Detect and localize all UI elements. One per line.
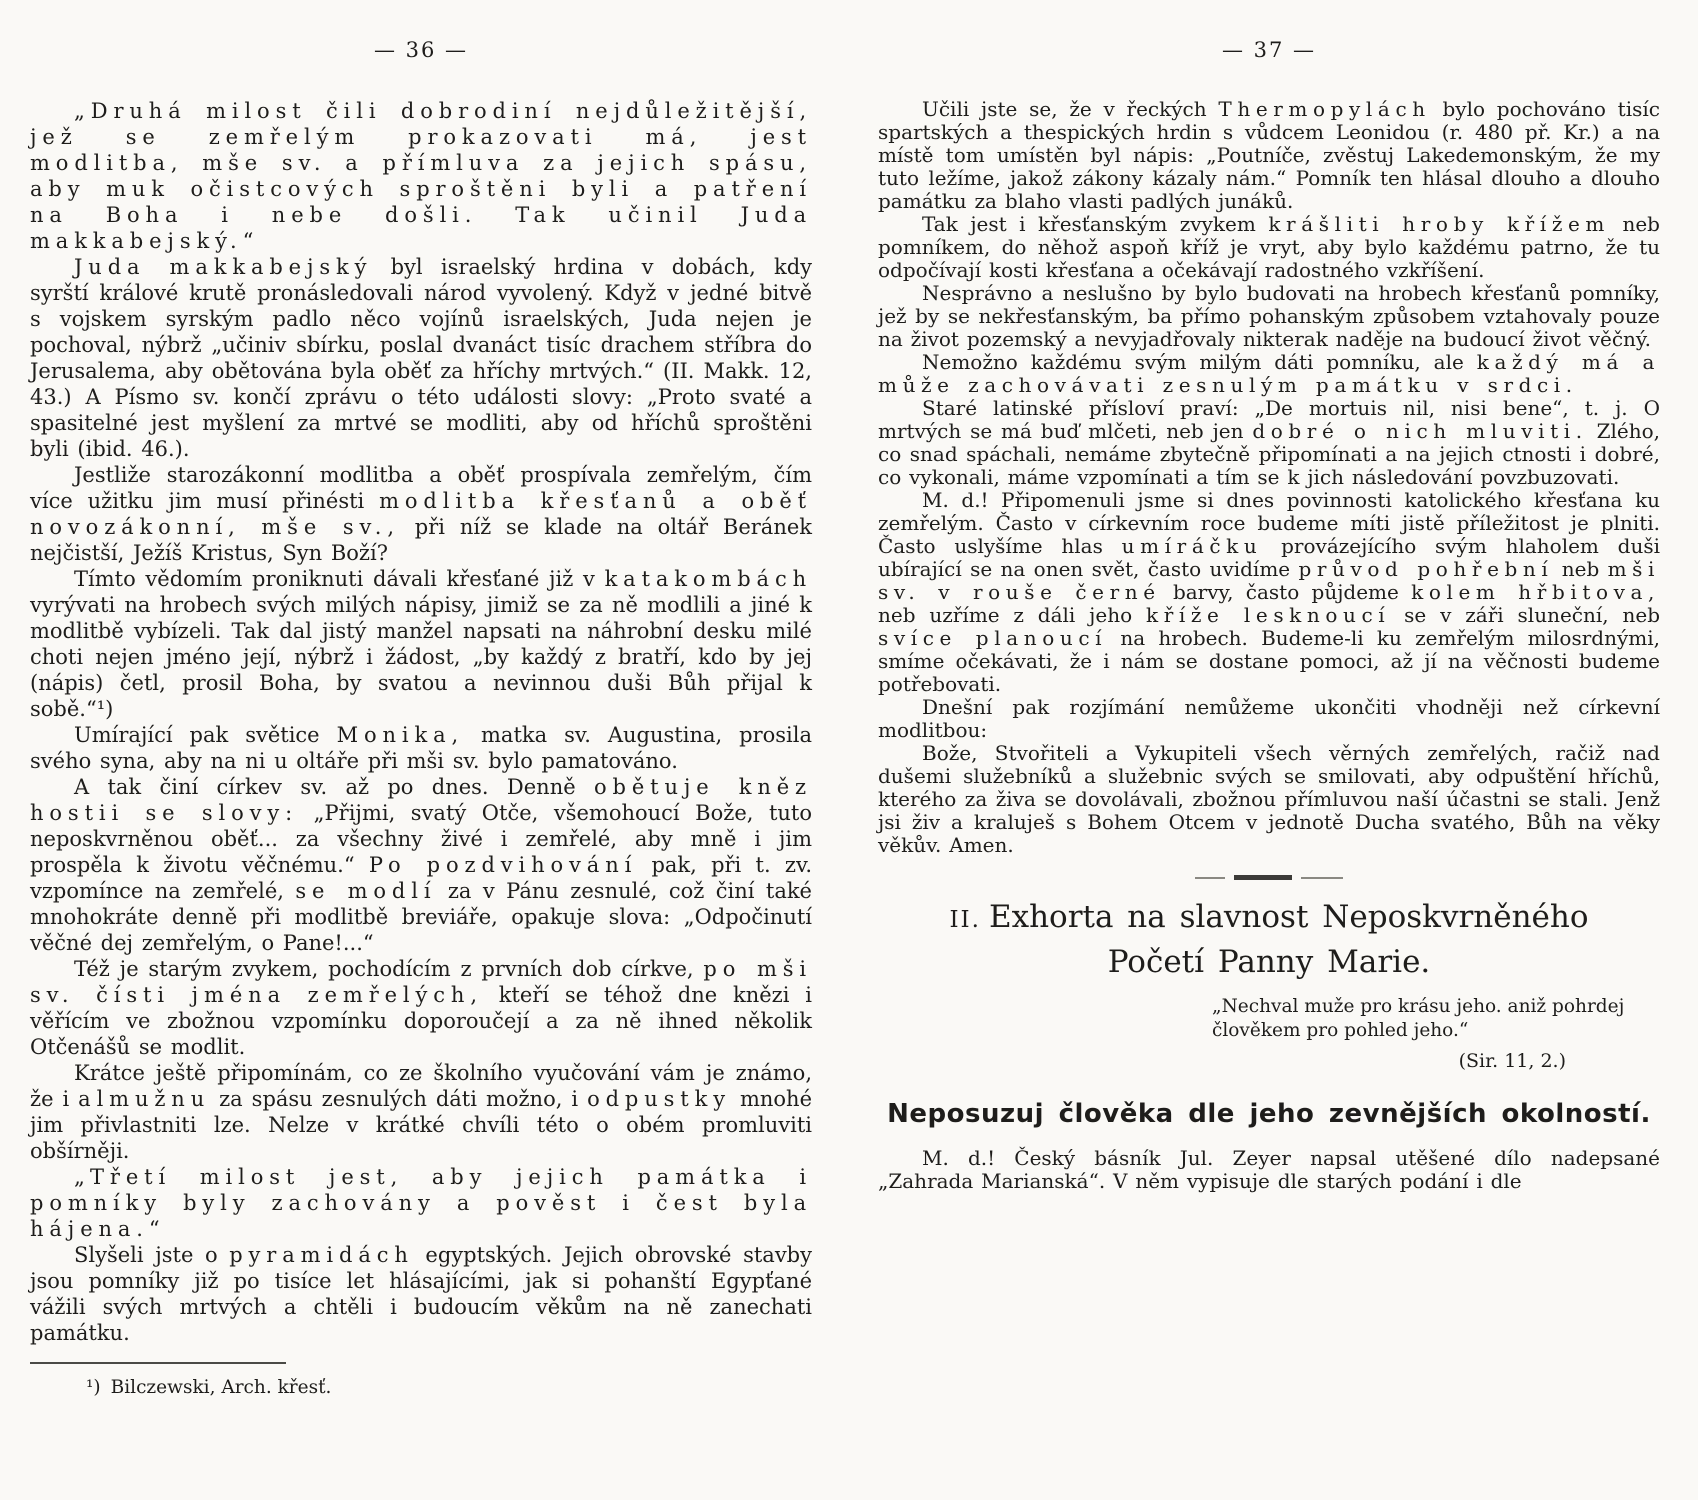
text-run: M. d.! Český básník Jul. Zeyer napsal ut… [878,1146,1660,1193]
paragraph: „Třetí milost jest, aby jejich památka i… [30,1164,812,1242]
section-heading: II.Exhorta na slavnost Neposkvrněného Po… [912,896,1626,983]
section-numeral: II. [949,907,988,933]
section-divider [878,875,1660,880]
emphasized-text-run: pyramidách [229,1243,414,1267]
text-run: Též je starým zvykem, pochodícím z první… [74,957,703,981]
paragraph: Nemožno každému svým milým dáti pomníku,… [878,351,1660,397]
epigraph-source: (Sir. 11, 2.) [1212,1049,1658,1073]
footnote-text: Bilczewski, Arch. křesť. [111,1377,332,1398]
text-run: Umírající pak světice [74,723,337,747]
footnote: ¹)Bilczewski, Arch. křesť. [30,1376,812,1399]
paragraph: Bože, Stvořiteli a Vykupiteli všech věrn… [878,742,1660,857]
paragraph: Dnešní pak rozjímání nemůžeme ukončiti v… [878,696,1660,742]
emphasized-text-run: katakombách [605,567,812,591]
text-run: Tak jest i křesťanským zvykem [922,212,1268,236]
divider-dash-center [1234,875,1292,880]
epigraph: „Nechval muže pro krásu jeho. aniž pohrd… [1212,995,1658,1073]
paragraph: Učili jste se, že v řeckých Thermopylách… [878,98,1660,213]
epigraph-text: „Nechval muže pro krásu jeho. aniž pohrd… [1212,995,1658,1043]
paragraph: Jestliže starozákonní modlitba a oběť pr… [30,462,812,566]
paragraph: Tak jest i křesťanským zvykem krášliti h… [878,213,1660,282]
text-run: neb uzříme z dáli jeho [878,603,1146,627]
emphasized-text-run: umíráčku [1122,534,1263,558]
text-run: barvy, často půjdeme [1161,580,1411,604]
paragraph: Staré latinské přísloví praví: „De mortu… [878,397,1660,489]
text-run: Nemožno každému svým milým dáti pomníku,… [922,350,1477,374]
text-run: Bože, Stvořiteli a Vykupiteli všech věrn… [878,741,1660,857]
emphasized-text-run: kolem hřbitova, [1411,580,1660,604]
text-run: byl israelský hrdina v dobách, kdy syršt… [30,255,812,461]
text-run: Nesprávno a neslušno by bylo budovati na… [878,281,1660,351]
paragraph: Též je starým zvykem, pochodícím z první… [30,956,812,1060]
paragraph: M. d.! Připomenuli jsme si dnes povinnos… [878,489,1660,696]
emphasized-text-run: odpustky [587,1087,731,1111]
emphasized-text-run: krášliti hroby křížem [1268,212,1610,236]
emphasized-text-run: almužnu [78,1087,210,1111]
book-spread: — 36 — „Druhá milost čili dobrodiní nejd… [0,0,1698,1500]
footnote-marker: ¹) [86,1377,111,1398]
paragraph: Juda makkabejský byl israelský hrdina v … [30,254,812,462]
footnote-rule [30,1362,286,1364]
page-number-left: — 36 — [30,38,812,62]
divider-dash-left [1195,877,1225,879]
text-run: vyrývati na hrobech svých milých nápisy,… [30,593,812,721]
text-run: za spásu zesnulých dáti možno, i [210,1087,587,1111]
emphasized-text-run: „Třetí milost jest, aby jejich památka i… [30,1165,812,1241]
emphasized-text-run: Thermopylách [1218,97,1430,121]
text-run: Učili jste se, že v řeckých [922,97,1218,121]
text-run: A tak činí církev sv. až po dnes. Denně [74,775,594,799]
paragraph: Umírající pak světice Monika, matka sv. … [30,722,812,774]
divider-dash-right [1301,877,1343,879]
page-37: — 37 — Učili jste se, že v řeckých Therm… [878,24,1660,1500]
emphasized-text-run: průvod pohřební [1298,557,1553,581]
sermon-subheading: Neposuzuj člověka dle jeho zevnějších ok… [878,1099,1660,1129]
emphasized-text-run: svíce planoucí [878,626,1107,650]
emphasized-text-run: dobré o nich mluviti. [1252,419,1587,443]
emphasized-text-run: Po pozdvihování [369,853,637,877]
text-run: Slyšeli jste o [74,1243,229,1267]
emphasized-text-run: Juda makkabejský [74,255,372,279]
text-run: Dnešní pak rozjímání nemůžeme ukončiti v… [878,695,1660,742]
paragraph: M. d.! Český básník Jul. Zeyer napsal ut… [878,1147,1660,1193]
paragraph: A tak činí církev sv. až po dnes. Denně … [30,774,812,956]
paragraph: Krátce ještě připomínám, co ze školního … [30,1060,812,1164]
sermon-body: M. d.! Český básník Jul. Zeyer napsal ut… [878,1147,1660,1193]
emphasized-text-run: se modlí [295,879,436,903]
paragraph: Nesprávno a neslušno by bylo budovati na… [878,282,1660,351]
emphasized-text-run: Monika, [337,723,464,747]
paragraph: Slyšeli jste o pyramidách egyptských. Je… [30,1242,812,1346]
text-run: Tímto vědomím proniknuti dávali křesťané… [74,567,605,591]
text-run: neb [1553,557,1607,581]
page-36-body: „Druhá milost čili dobrodiní nejdůležitě… [30,98,812,1346]
emphasized-text-run: kříže lesknoucí [1146,603,1390,627]
section-title: Exhorta na slavnost Neposkvrněného Počet… [989,899,1589,980]
page-number-right: — 37 — [878,38,1660,62]
text-run: se v záři sluneční, neb [1390,603,1660,627]
page-36: — 36 — „Druhá milost čili dobrodiní nejd… [30,24,812,1500]
paragraph: „Druhá milost čili dobrodiní nejdůležitě… [30,98,812,254]
page-37-body: Učili jste se, že v řeckých Thermopylách… [878,98,1660,857]
emphasized-text-run: „Druhá milost čili dobrodiní nejdůležitě… [30,99,812,253]
paragraph: Tímto vědomím proniknuti dávali křesťané… [30,566,812,722]
